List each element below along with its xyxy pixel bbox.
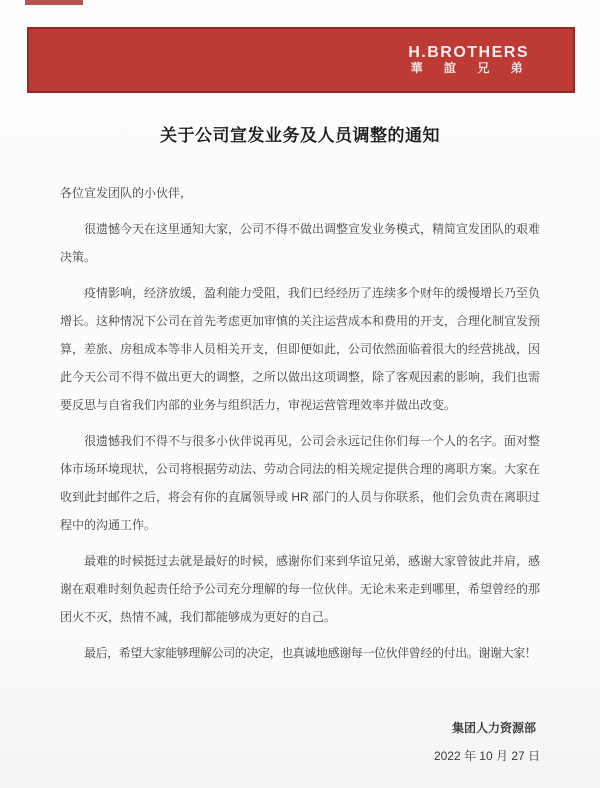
paragraph-decision: 很遗憾今天在这里通知大家，公司不得不做出调整宣发业务模式，精简宣发团队的艰难决策… <box>60 215 540 271</box>
paragraph-reasons: 疫情影响，经济放缓，盈利能力受阻，我们已经经历了连续多个财年的缓慢增长乃至负增长… <box>60 279 540 419</box>
notice-title: 关于公司宣发业务及人员调整的通知 <box>0 123 600 149</box>
logo-text-english: H.BROTHERS <box>408 44 529 61</box>
paragraph-closing: 最后，希望大家能够理解公司的决定，也真诚地感谢每一位伙伴曾经的付出。谢谢大家！ <box>60 639 540 667</box>
logo-text-chinese: 華 誼 兄 弟 <box>408 61 529 76</box>
notice-body: 各位宣发团队的小伙伴， 很遗憾今天在这里通知大家，公司不得不做出调整宣发业务模式… <box>0 179 600 770</box>
notice-page: H.BROTHERS 華 誼 兄 弟 关于公司宣发业务及人员调整的通知 各位宣发… <box>0 0 600 788</box>
signature-date: 2022 年 10 月 27 日 <box>60 742 540 770</box>
scan-artifact <box>25 0 83 5</box>
paragraph-severance: 很遗憾我们不得不与很多小伙伴说再见，公司会永远记住你们每一个人的名字。面对整体市… <box>60 427 540 539</box>
salutation: 各位宣发团队的小伙伴， <box>60 179 540 207</box>
letterhead-banner: H.BROTHERS 華 誼 兄 弟 <box>27 27 575 93</box>
paragraph-thanks: 最难的时候挺过去就是最好的时候，感谢你们来到华谊兄弟，感谢大家曾彼此并肩，感谢在… <box>60 547 540 631</box>
huayi-brothers-logo: H.BROTHERS 華 誼 兄 弟 <box>408 44 529 76</box>
signature-department: 集团人力资源部 <box>60 714 540 742</box>
signature-block: 集团人力资源部 2022 年 10 月 27 日 <box>60 714 540 770</box>
